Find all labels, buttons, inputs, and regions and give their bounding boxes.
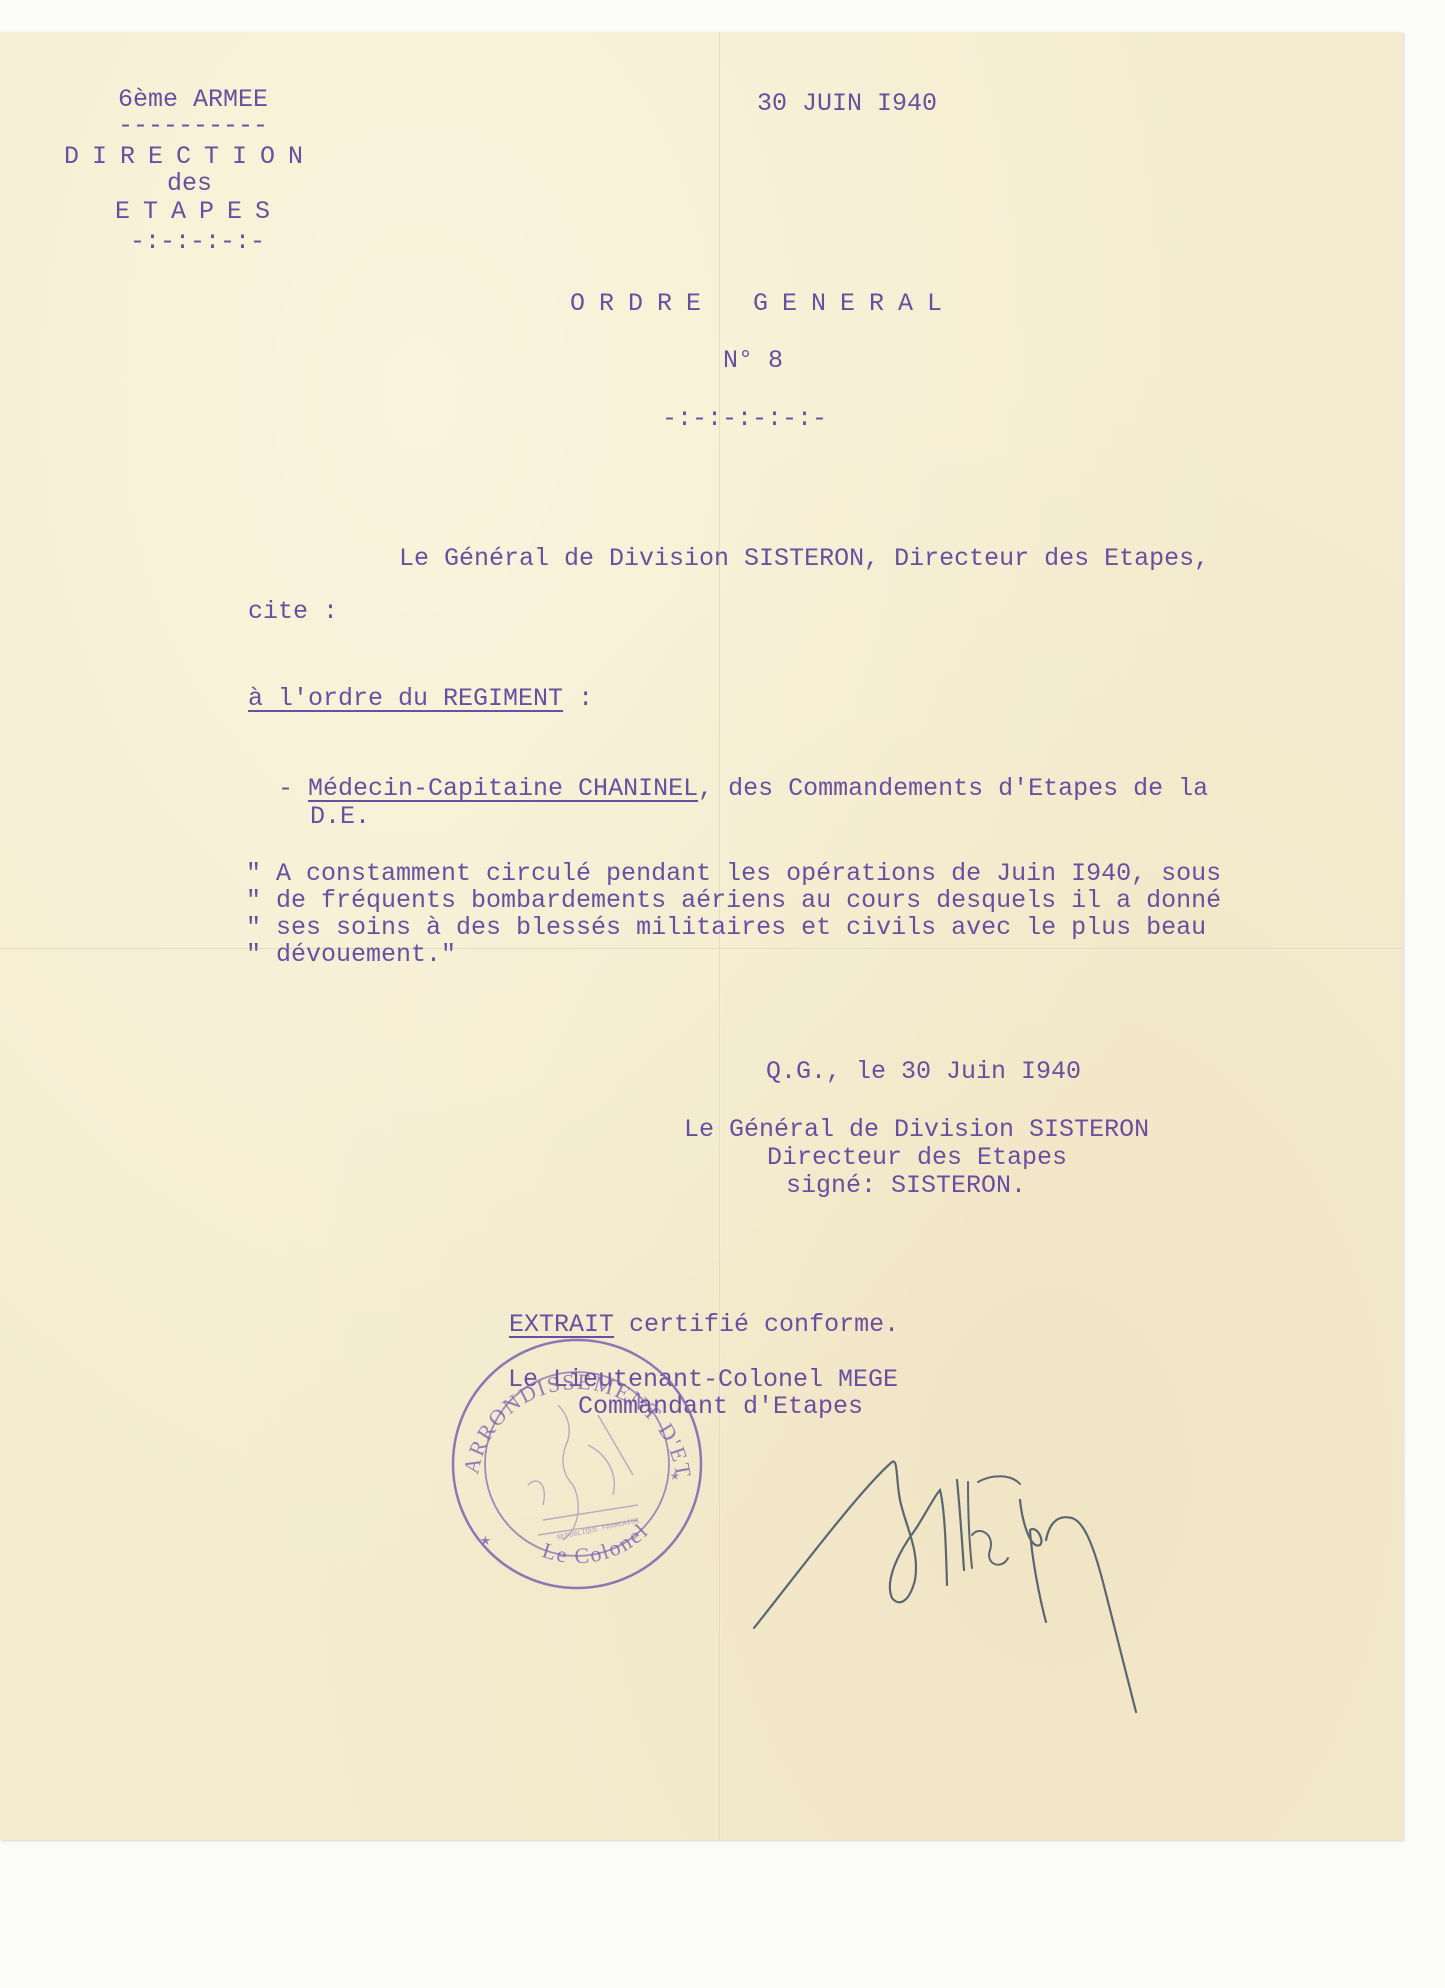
- stamp-outer-text: ARRONDISSEMENT D'ETAPES: [448, 1335, 696, 1479]
- header-ornament: -:-:-:-:-: [130, 228, 265, 256]
- order-level-colon: :: [563, 684, 593, 713]
- citee-unit-continued: D.E.: [310, 803, 370, 831]
- citee-dash: -: [278, 774, 308, 803]
- etapes-label: ETAPES: [115, 198, 283, 226]
- place-date: Q.G., le 30 Juin I940: [766, 1058, 1081, 1086]
- document-date: 30 JUIN I940: [757, 90, 937, 118]
- intro-sentence: Le Général de Division SISTERON, Directe…: [399, 545, 1209, 573]
- citee-unit: , des Commandements d'Etapes de la: [698, 774, 1208, 803]
- citation-line-1: " A constamment circulé pendant les opér…: [246, 860, 1221, 888]
- army-label: 6ème ARMEE: [118, 86, 268, 114]
- direction-label: DIRECTION: [64, 143, 316, 171]
- signatory-title: Le Général de Division SISTERON: [684, 1116, 1149, 1144]
- order-level: à l'ordre du REGIMENT: [248, 684, 563, 713]
- signatory-role: Directeur des Etapes: [767, 1144, 1067, 1172]
- header-rule: ----------: [118, 112, 268, 140]
- citee-line: - Médecin-Capitaine CHANINEL, des Comman…: [278, 775, 1208, 803]
- signed-by: signé: SISTERON.: [786, 1172, 1026, 1200]
- order-number: N° 8: [723, 347, 783, 375]
- order-level-line: à l'ordre du REGIMENT :: [248, 685, 593, 713]
- title-general: GENERAL: [753, 290, 956, 318]
- title-ordre: ORDRE: [570, 290, 715, 318]
- citee-name: Médecin-Capitaine CHANINEL: [308, 774, 698, 803]
- official-stamp: ARRONDISSEMENT D'ETAPES Le Colonel ★ ★ R…: [448, 1335, 706, 1593]
- citation-line-3: " ses soins à des blessés militaires et …: [246, 914, 1206, 942]
- handwritten-signature: [740, 1440, 1160, 1740]
- citation-line-4: " dévouement.": [246, 941, 456, 969]
- stamp-star-icon: ★: [670, 1467, 680, 1485]
- des-label: des: [167, 170, 212, 198]
- marianne-figure-icon: [528, 1405, 638, 1540]
- citation-line-2: " de fréquents bombardements aériens au …: [246, 887, 1221, 915]
- stamp-star-icon: ★: [480, 1531, 491, 1551]
- horizontal-fold-line: [0, 948, 1403, 950]
- svg-text:ARRONDISSEMENT D'ETAPES: ARRONDISSEMENT D'ETAPES: [448, 1335, 696, 1479]
- cite-label: cite :: [248, 598, 338, 626]
- title-ornament: -:-:-:-:-:-: [662, 405, 827, 433]
